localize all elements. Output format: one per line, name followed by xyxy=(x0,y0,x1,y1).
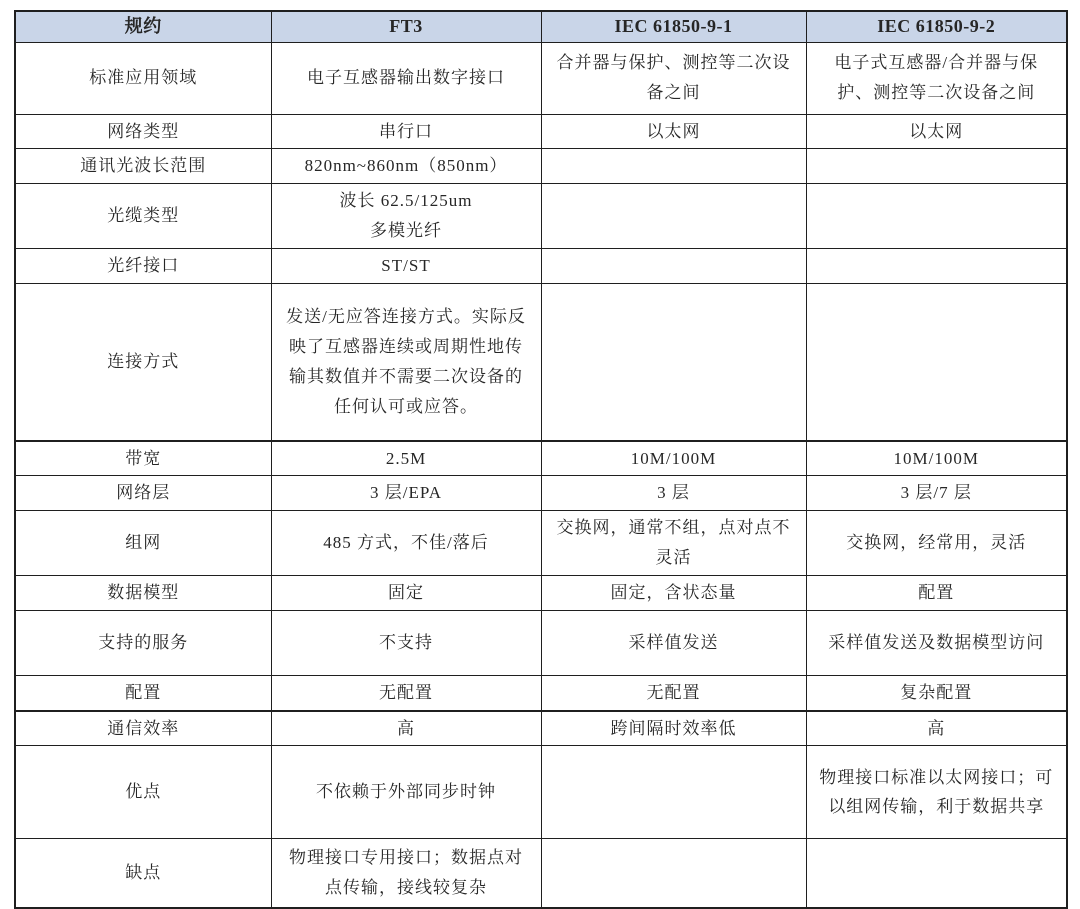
cell-ft3: 485 方式，不佳/落后 xyxy=(271,511,541,576)
col-header-iec-61850-9-1: IEC 61850-9-1 xyxy=(541,11,806,42)
row-label: 带宽 xyxy=(15,441,271,476)
cell-iec-9-1: 合并器与保护、测控等二次设备之间 xyxy=(541,42,806,114)
row-label: 光缆类型 xyxy=(15,184,271,249)
cell-iec-9-1 xyxy=(541,184,806,249)
cell-iec-9-1: 跨间隔时效率低 xyxy=(541,711,806,746)
row-label: 通信效率 xyxy=(15,711,271,746)
row-label: 数据模型 xyxy=(15,576,271,611)
row-label: 光纤接口 xyxy=(15,249,271,284)
row-label: 配置 xyxy=(15,675,271,710)
cell-iec-9-1: 交换网，通常不组，点对点不灵活 xyxy=(541,511,806,576)
header-row: 规约 FT3 IEC 61850-9-1 IEC 61850-9-2 xyxy=(15,11,1067,42)
cell-iec-9-2: 配置 xyxy=(806,576,1067,611)
row-label: 支持的服务 xyxy=(15,610,271,675)
row-label: 缺点 xyxy=(15,839,271,908)
cell-iec-9-2: 采样值发送及数据模型访问 xyxy=(806,610,1067,675)
table-row-networking: 组网 485 方式，不佳/落后 交换网，通常不组，点对点不灵活 交换网，经常用，… xyxy=(15,511,1067,576)
table-row-application-field: 标准应用领域 电子互感器输出数字接口 合并器与保护、测控等二次设备之间 电子式互… xyxy=(15,42,1067,114)
row-label: 网络类型 xyxy=(15,114,271,149)
table-row-advantages: 优点 不依赖于外部同步时钟 物理接口标准以太网接口；可以组网传输，利于数据共享 xyxy=(15,746,1067,839)
cell-iec-9-2 xyxy=(806,839,1067,908)
table-row-bandwidth: 带宽 2.5M 10M/100M 10M/100M xyxy=(15,441,1067,476)
protocol-comparison-table: 规约 FT3 IEC 61850-9-1 IEC 61850-9-2 标准应用领… xyxy=(14,10,1068,909)
table-row-network-type: 网络类型 串行口 以太网 以太网 xyxy=(15,114,1067,149)
table-row-communication-efficiency: 通信效率 高 跨间隔时效率低 高 xyxy=(15,711,1067,746)
cell-ft3: 不依赖于外部同步时钟 xyxy=(271,746,541,839)
cell-ft3: 不支持 xyxy=(271,610,541,675)
table-row-cable-type: 光缆类型 波长 62.5/125um 多模光纤 xyxy=(15,184,1067,249)
cell-iec-9-2 xyxy=(806,149,1067,184)
cell-ft3: 无配置 xyxy=(271,675,541,710)
col-header-ft3: FT3 xyxy=(271,11,541,42)
cell-iec-9-2 xyxy=(806,249,1067,284)
row-label: 网络层 xyxy=(15,476,271,511)
cell-ft3: 物理接口专用接口；数据点对点传输，接线较复杂 xyxy=(271,839,541,908)
cell-iec-9-1: 无配置 xyxy=(541,675,806,710)
cell-iec-9-2: 复杂配置 xyxy=(806,675,1067,710)
table-row-data-model: 数据模型 固定 固定，含状态量 配置 xyxy=(15,576,1067,611)
cell-ft3: 3 层/EPA xyxy=(271,476,541,511)
cell-iec-9-1: 3 层 xyxy=(541,476,806,511)
table-row-network-layer: 网络层 3 层/EPA 3 层 3 层/7 层 xyxy=(15,476,1067,511)
table-row-wavelength-range: 通讯光波长范围 820nm~860nm（850nm） xyxy=(15,149,1067,184)
cell-iec-9-2: 3 层/7 层 xyxy=(806,476,1067,511)
cell-iec-9-1 xyxy=(541,149,806,184)
cell-iec-9-1 xyxy=(541,839,806,908)
cell-iec-9-2 xyxy=(806,184,1067,249)
cell-iec-9-2: 交换网，经常用，灵活 xyxy=(806,511,1067,576)
document-page: 规约 FT3 IEC 61850-9-1 IEC 61850-9-2 标准应用领… xyxy=(0,0,1080,909)
cell-iec-9-2: 物理接口标准以太网接口；可以组网传输，利于数据共享 xyxy=(806,746,1067,839)
row-label: 连接方式 xyxy=(15,284,271,441)
cell-iec-9-2: 10M/100M xyxy=(806,441,1067,476)
table-row-supported-services: 支持的服务 不支持 采样值发送 采样值发送及数据模型访问 xyxy=(15,610,1067,675)
cell-iec-9-2: 以太网 xyxy=(806,114,1067,149)
cell-ft3: 固定 xyxy=(271,576,541,611)
row-label: 标准应用领域 xyxy=(15,42,271,114)
cell-iec-9-1: 以太网 xyxy=(541,114,806,149)
cell-ft3: 串行口 xyxy=(271,114,541,149)
cell-ft3: 2.5M xyxy=(271,441,541,476)
cell-iec-9-1 xyxy=(541,746,806,839)
row-label: 优点 xyxy=(15,746,271,839)
col-header-protocol: 规约 xyxy=(15,11,271,42)
cell-ft3: 820nm~860nm（850nm） xyxy=(271,149,541,184)
cell-ft3: ST/ST xyxy=(271,249,541,284)
table-row-connection-mode: 连接方式 发送/无应答连接方式。实际反映了互感器连续或周期性地传输其数值并不需要… xyxy=(15,284,1067,441)
cell-ft3: 发送/无应答连接方式。实际反映了互感器连续或周期性地传输其数值并不需要二次设备的… xyxy=(271,284,541,441)
col-header-iec-61850-9-2: IEC 61850-9-2 xyxy=(806,11,1067,42)
cell-ft3: 波长 62.5/125um 多模光纤 xyxy=(271,184,541,249)
cell-iec-9-1: 采样值发送 xyxy=(541,610,806,675)
cell-iec-9-1: 固定，含状态量 xyxy=(541,576,806,611)
table-row-disadvantages: 缺点 物理接口专用接口；数据点对点传输，接线较复杂 xyxy=(15,839,1067,908)
cell-iec-9-2 xyxy=(806,284,1067,441)
cell-ft3: 高 xyxy=(271,711,541,746)
cell-iec-9-1: 10M/100M xyxy=(541,441,806,476)
table-row-fiber-interface: 光纤接口 ST/ST xyxy=(15,249,1067,284)
row-label: 组网 xyxy=(15,511,271,576)
row-label: 通讯光波长范围 xyxy=(15,149,271,184)
cell-ft3: 电子互感器输出数字接口 xyxy=(271,42,541,114)
table-row-configuration: 配置 无配置 无配置 复杂配置 xyxy=(15,675,1067,710)
cell-iec-9-1 xyxy=(541,284,806,441)
cell-iec-9-2: 电子式互感器/合并器与保护、测控等二次设备之间 xyxy=(806,42,1067,114)
cell-iec-9-1 xyxy=(541,249,806,284)
cell-iec-9-2: 高 xyxy=(806,711,1067,746)
